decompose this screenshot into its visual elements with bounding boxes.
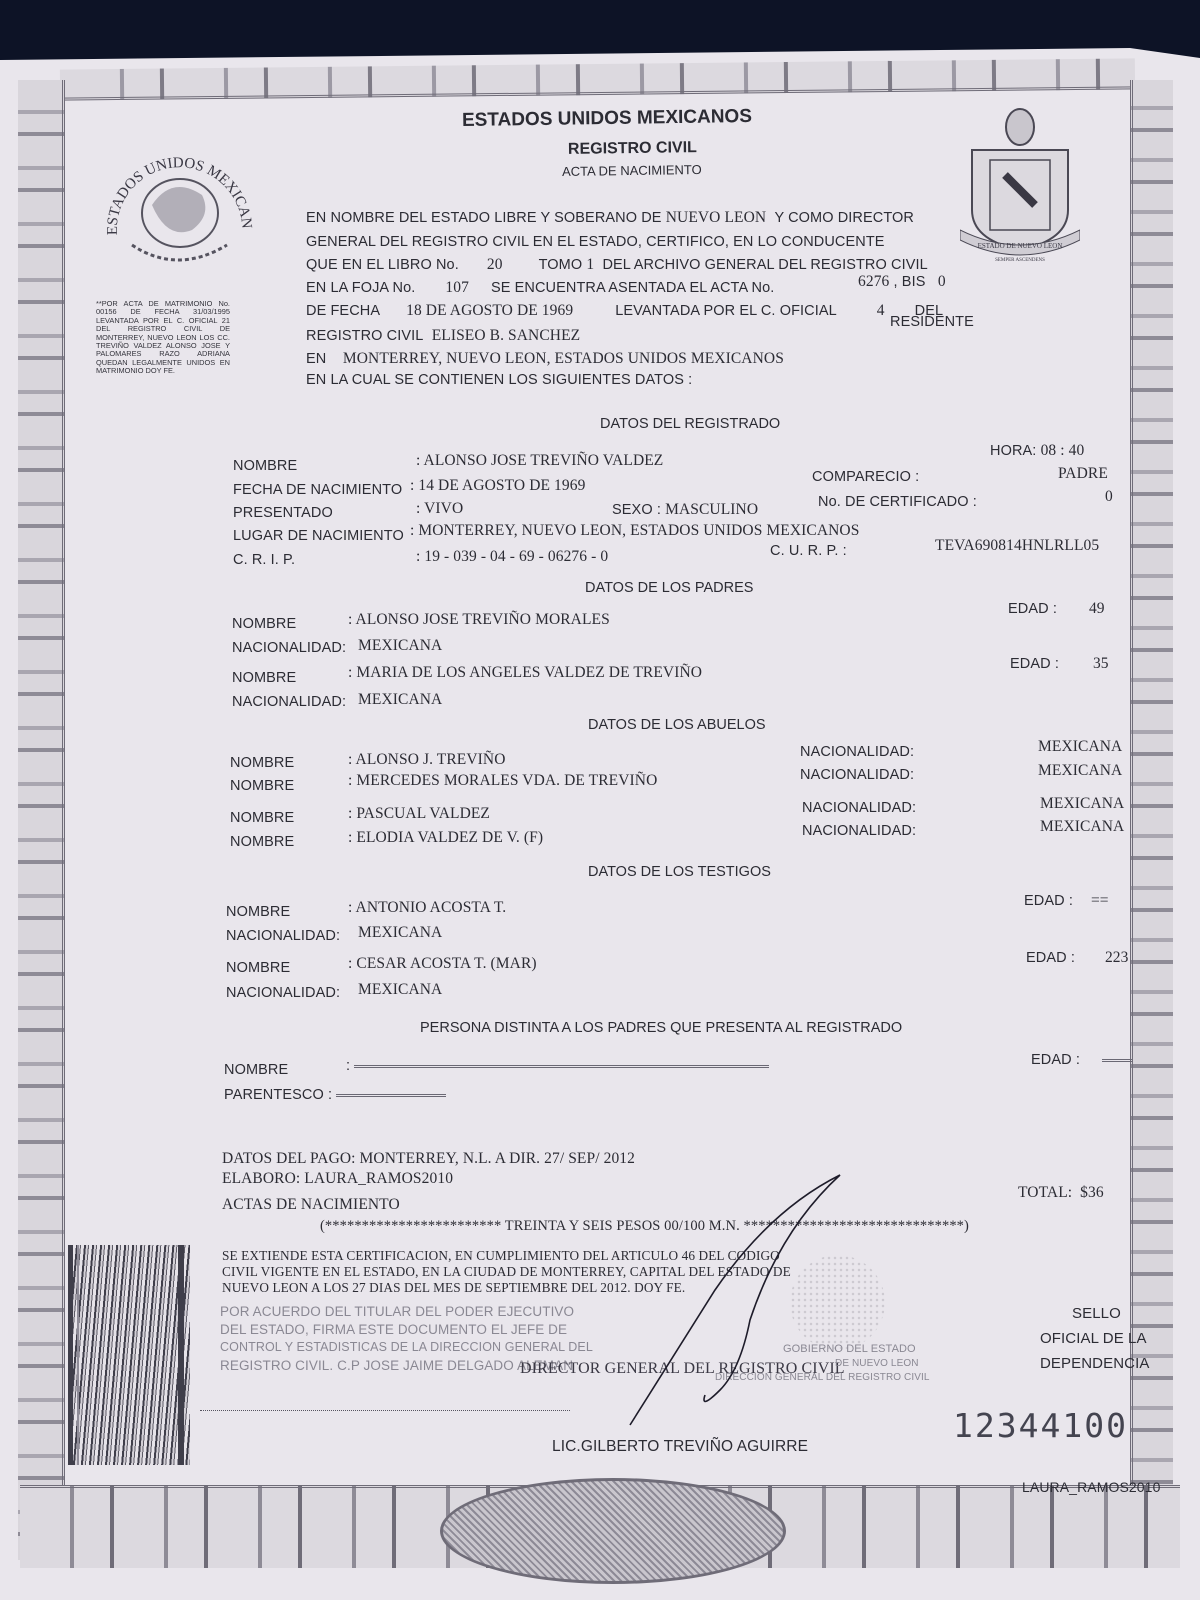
- witness-age: 223: [1105, 949, 1129, 966]
- prepared-by: ELABORO: LAURA_RAMOS2010: [222, 1170, 453, 1188]
- comparecio-value: PADRE: [1058, 465, 1108, 483]
- marriage-annotation: **POR ACTA DE MATRIMONIO No. 00156 DE FE…: [96, 300, 230, 376]
- registrado-name: : ALONSO JOSE TREVIÑO VALDEZ: [416, 452, 663, 470]
- witness-age: ==: [1091, 892, 1109, 909]
- intro-text: DEL ARCHIVO GENERAL DEL REGISTRO CIVIL: [602, 257, 927, 273]
- folio-number: 12344100: [953, 1406, 1128, 1445]
- father-name: : ALONSO JOSE TREVIÑO MORALES: [348, 611, 610, 629]
- hora-value: 08 : 40: [1041, 442, 1085, 459]
- intro-text: EN NOMBRE DEL ESTADO LIBRE Y SOBERANO DE: [306, 210, 662, 226]
- field-label: NOMBRE: [226, 960, 290, 976]
- agreement-text: DEL ESTADO, FIRMA ESTE DOCUMENTO EL JEFE…: [220, 1322, 567, 1337]
- intro-text: Y COMO DIRECTOR: [774, 210, 914, 226]
- blank-line: [354, 1065, 769, 1068]
- edad-label: EDAD :: [1010, 656, 1059, 672]
- section-title: DATOS DE LOS ABUELOS: [588, 717, 766, 733]
- intro-text: GENERAL DEL REGISTRO CIVIL EN EL ESTADO,…: [306, 234, 885, 250]
- mother-name: : MARIA DE LOS ANGELES VALDEZ DE TREVIÑO: [348, 664, 702, 682]
- birth-date: : 14 DE AGOSTO DE 1969: [410, 477, 585, 495]
- birth-place: : MONTERREY, NUEVO LEON, ESTADOS UNIDOS …: [410, 522, 859, 540]
- foja-value: 107: [445, 279, 469, 296]
- blank-line: [1102, 1059, 1132, 1062]
- grandparent-name: : PASCUAL VALDEZ: [348, 805, 490, 823]
- intro-text: EN LA CUAL SE CONTIENEN LOS SIGUIENTES D…: [306, 372, 692, 388]
- field-label: NACIONALIDAD:: [226, 985, 340, 1001]
- libro-value: 20: [487, 256, 503, 273]
- field-label: NOMBRE: [230, 810, 294, 826]
- witness-nationality: MEXICANA: [358, 924, 442, 942]
- registration-date: 18 DE AGOSTO DE 1969: [406, 302, 573, 319]
- sexo-value: MASCULINO: [665, 501, 758, 518]
- intro-text: LEVANTADA POR EL C. OFICIAL: [615, 303, 837, 319]
- field-label: PRESENTADO: [233, 505, 333, 521]
- bis-value: 0: [938, 273, 946, 290]
- total-amount: $36: [1080, 1184, 1104, 1201]
- field-label: NOMBRE: [230, 834, 294, 850]
- grandparent-nationality: MEXICANA: [1040, 818, 1124, 836]
- registration-place: MONTERREY, NUEVO LEON, ESTADOS UNIDOS ME…: [343, 350, 784, 367]
- father-age: 49: [1089, 600, 1105, 617]
- field-label: NOMBRE: [230, 755, 294, 771]
- intro-text: SE ENCUENTRA ASENTADA EL ACTA No.: [491, 280, 774, 296]
- section-title: PERSONA DISTINTA A LOS PADRES QUE PRESEN…: [420, 1020, 902, 1036]
- field-label: NACIONALIDAD:: [800, 767, 914, 783]
- mexican-coat-of-arms-icon: ESTADOS UNIDOS MEXICANOS: [92, 125, 262, 275]
- blank-line: [336, 1094, 446, 1097]
- sexo-label: SEXO :: [612, 502, 661, 518]
- edad-label: EDAD :: [1031, 1052, 1080, 1068]
- field-label: NOMBRE: [226, 904, 290, 920]
- field-label: NACIONALIDAD:: [800, 744, 914, 760]
- grandparent-nationality: MEXICANA: [1038, 762, 1122, 780]
- section-title: DATOS DE LOS TESTIGOS: [588, 864, 771, 880]
- agreement-text: POR ACUERDO DEL TITULAR DEL PODER EJECUT…: [220, 1304, 574, 1319]
- grandparent-nationality: MEXICANA: [1038, 738, 1122, 756]
- director-name: LIC.GILBERTO TREVIÑO AGUIRRE: [552, 1438, 808, 1456]
- tomo-value: 1: [586, 256, 594, 273]
- svg-text:ESTADO DE NUEVO LEON: ESTADO DE NUEVO LEON: [978, 242, 1063, 250]
- hora-label: HORA:: [990, 443, 1036, 459]
- mother-nationality: MEXICANA: [358, 691, 442, 709]
- seal-label: SELLO: [1072, 1305, 1121, 1322]
- field-label: C. R. I. P.: [233, 552, 295, 568]
- field-label: NOMBRE: [224, 1062, 288, 1078]
- field-label: NACIONALIDAD:: [802, 800, 916, 816]
- operator-id: LAURA_RAMOS2010: [1022, 1479, 1160, 1495]
- field-label: NOMBRE: [233, 458, 297, 474]
- witness-nationality: MEXICANA: [358, 981, 442, 999]
- office-heading: REGISTRO CIVIL: [568, 139, 697, 159]
- grandparent-nationality: MEXICANA: [1040, 795, 1124, 813]
- certificado-label: No. DE CERTIFICADO :: [818, 494, 977, 510]
- svg-text:SEMPER ASCENDENS: SEMPER ASCENDENS: [995, 258, 1045, 263]
- grandparent-name: : MERCEDES MORALES VDA. DE TREVIÑO: [348, 772, 657, 790]
- edad-label: EDAD :: [1026, 950, 1075, 966]
- oficial-number: 4: [877, 302, 885, 319]
- field-label: PARENTESCO: [224, 1087, 324, 1103]
- mother-age: 35: [1093, 655, 1109, 672]
- curp-label: C. U. R. P. :: [770, 543, 847, 559]
- total-label: TOTAL:: [1018, 1184, 1072, 1201]
- intro-text: QUE EN EL LIBRO No.: [306, 257, 459, 273]
- residente-label: RESIDENTE: [890, 314, 974, 330]
- intro-text: REGISTRO CIVIL: [306, 328, 423, 344]
- payment-info: DATOS DEL PAGO: MONTERREY, N.L. A DIR. 2…: [222, 1150, 635, 1168]
- agreement-text: CONTROL Y ESTADISTICAS DE LA DIRECCION G…: [220, 1340, 593, 1354]
- field-label: NACIONALIDAD:: [226, 928, 340, 944]
- edad-label: EDAD :: [1008, 601, 1057, 617]
- field-label: LUGAR DE NACIMIENTO: [233, 528, 404, 544]
- oficial-name: ELISEO B. SANCHEZ: [432, 327, 581, 344]
- field-label: NACIONALIDAD:: [232, 694, 346, 710]
- field-label: NOMBRE: [232, 670, 296, 686]
- intro-text: DE FECHA: [306, 303, 380, 319]
- handwritten-signature: [600, 1170, 850, 1430]
- country-heading: ESTADOS UNIDOS MEXICANOS: [462, 106, 752, 132]
- field-label: NACIONALIDAD:: [232, 640, 346, 656]
- section-title: DATOS DE LOS PADRES: [585, 580, 753, 596]
- 2d-barcode: [68, 1245, 190, 1465]
- seal-label: DEPENDENCIA: [1040, 1355, 1149, 1372]
- grandparent-name: : ELODIA VALDEZ DE V. (F): [348, 829, 543, 847]
- section-title: DATOS DEL REGISTRADO: [600, 416, 780, 432]
- comparecio-label: COMPARECIO :: [812, 469, 919, 485]
- field-label: NOMBRE: [230, 778, 294, 794]
- intro-text: EN LA FOJA No.: [306, 280, 415, 296]
- grandparent-name: : ALONSO J. TREVIÑO: [348, 751, 505, 769]
- certificado-value: 0: [1105, 488, 1113, 506]
- bis-label: , BIS: [894, 274, 926, 290]
- father-nationality: MEXICANA: [358, 637, 442, 655]
- guilloche-oval: [440, 1478, 786, 1584]
- intro-text: EN: [306, 351, 326, 367]
- intro-text: TOMO: [539, 257, 583, 273]
- payment-concept: ACTAS DE NACIMIENTO: [222, 1196, 400, 1214]
- ornamental-border-left: [18, 80, 65, 1560]
- curp-value: TEVA690814HNLRLL05: [935, 537, 1099, 555]
- field-label: NOMBRE: [232, 616, 296, 632]
- crip-value: : 19 - 039 - 04 - 69 - 06276 - 0: [416, 548, 608, 566]
- document-type-heading: ACTA DE NACIMIENTO: [562, 162, 702, 179]
- nuevo-leon-coat-of-arms-icon: ESTADO DE NUEVO LEON SEMPER ASCENDENS: [960, 105, 1080, 265]
- signature-line: [200, 1410, 570, 1411]
- field-label: FECHA DE NACIMIENTO: [233, 482, 402, 498]
- field-label: NACIONALIDAD:: [802, 823, 916, 839]
- edad-label: EDAD :: [1024, 893, 1073, 909]
- acta-number: 6276: [858, 273, 889, 290]
- seal-label: OFICIAL DE LA: [1040, 1330, 1147, 1347]
- witness-name: : ANTONIO ACOSTA T.: [348, 899, 506, 917]
- witness-name: : CESAR ACOSTA T. (MAR): [348, 955, 537, 973]
- presentado-value: : VIVO: [416, 500, 463, 518]
- intro-estado: NUEVO LEON: [666, 209, 766, 226]
